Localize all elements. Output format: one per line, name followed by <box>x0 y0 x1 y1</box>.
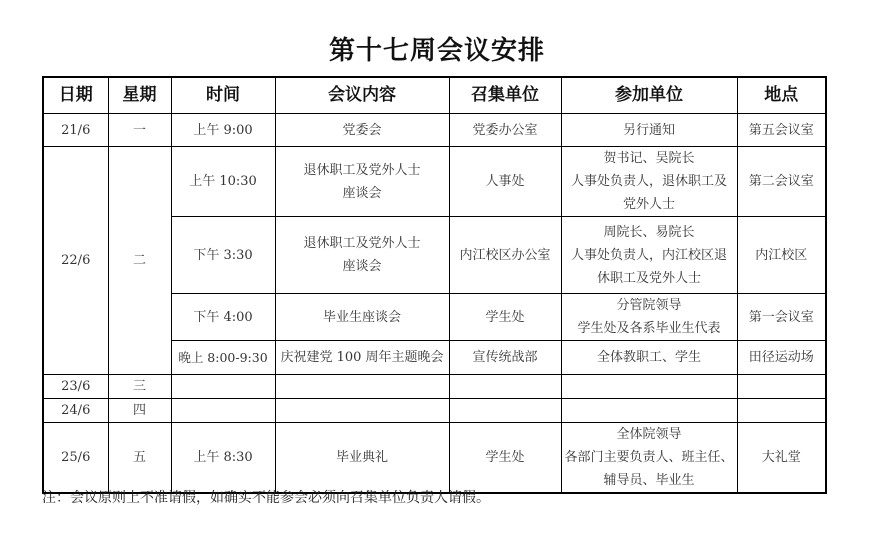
table-row: 25/6 五 上午 8:30 毕业典礼 学生处 全体院领导各部门主要负责人、班主… <box>43 423 826 494</box>
cell-location <box>737 399 826 423</box>
cell-convener: 学生处 <box>449 423 561 494</box>
cell-time: 下午 4:00 <box>171 294 275 341</box>
table-row: 22/6 二 上午 10:30 退休职工及党外人士座谈会 人事处 贺书记、吴院长… <box>43 147 826 217</box>
cell-location <box>737 375 826 399</box>
cell-time: 上午 9:00 <box>171 114 275 147</box>
cell-time: 晚上 8:00-9:30 <box>171 341 275 375</box>
cell-location: 第五会议室 <box>737 114 826 147</box>
cell-weekday: 五 <box>108 423 171 494</box>
cell-location: 第一会议室 <box>737 294 826 341</box>
cell-content: 毕业生座谈会 <box>275 294 449 341</box>
cell-location: 大礼堂 <box>737 423 826 494</box>
cell-weekday: 一 <box>108 114 171 147</box>
cell-participants: 全体教职工、学生 <box>561 341 737 375</box>
cell-content <box>275 399 449 423</box>
page-title: 第十七周会议安排 <box>0 30 874 67</box>
cell-date: 24/6 <box>43 399 108 423</box>
cell-participants: 分管院领导学生处及各系毕业生代表 <box>561 294 737 341</box>
cell-location: 第二会议室 <box>737 147 826 217</box>
cell-convener: 内江校区办公室 <box>449 217 561 294</box>
cell-weekday: 二 <box>108 147 171 375</box>
table-row: 21/6 一 上午 9:00 党委会 党委办公室 另行通知 第五会议室 <box>43 114 826 147</box>
cell-participants: 另行通知 <box>561 114 737 147</box>
cell-time: 上午 10:30 <box>171 147 275 217</box>
cell-content: 毕业典礼 <box>275 423 449 494</box>
cell-date: 21/6 <box>43 114 108 147</box>
cell-date: 23/6 <box>43 375 108 399</box>
cell-time <box>171 399 275 423</box>
cell-convener <box>449 399 561 423</box>
cell-content: 庆祝建党 100 周年主题晚会 <box>275 341 449 375</box>
cell-content: 退休职工及党外人士座谈会 <box>275 147 449 217</box>
cell-convener: 宣传统战部 <box>449 341 561 375</box>
table-header-row: 日期 星期 时间 会议内容 召集单位 参加单位 地点 <box>43 77 826 114</box>
cell-participants <box>561 375 737 399</box>
cell-participants: 全体院领导各部门主要负责人、班主任、辅导员、毕业生 <box>561 423 737 494</box>
cell-convener: 学生处 <box>449 294 561 341</box>
header-location: 地点 <box>737 77 826 114</box>
cell-participants <box>561 399 737 423</box>
header-time: 时间 <box>171 77 275 114</box>
cell-time <box>171 375 275 399</box>
cell-convener: 党委办公室 <box>449 114 561 147</box>
cell-convener <box>449 375 561 399</box>
header-weekday: 星期 <box>108 77 171 114</box>
cell-date: 25/6 <box>43 423 108 494</box>
cell-participants: 周院长、易院长人事处负责人，内江校区退休职工及党外人士 <box>561 217 737 294</box>
cell-participants: 贺书记、吴院长人事处负责人，退休职工及党外人士 <box>561 147 737 217</box>
cell-time: 下午 3:30 <box>171 217 275 294</box>
cell-date: 22/6 <box>43 147 108 375</box>
cell-content: 退休职工及党外人士座谈会 <box>275 217 449 294</box>
cell-time: 上午 8:30 <box>171 423 275 494</box>
cell-content: 党委会 <box>275 114 449 147</box>
meeting-schedule-table: 日期 星期 时间 会议内容 召集单位 参加单位 地点 21/6 一 上午 9:0… <box>42 76 827 494</box>
cell-location: 内江校区 <box>737 217 826 294</box>
cell-convener: 人事处 <box>449 147 561 217</box>
header-content: 会议内容 <box>275 77 449 114</box>
cell-weekday: 四 <box>108 399 171 423</box>
header-convener: 召集单位 <box>449 77 561 114</box>
cell-content <box>275 375 449 399</box>
footnote: 注：会议原则上不准请假，如确实不能参会必须向召集单位负责人请假。 <box>42 487 490 507</box>
header-participants: 参加单位 <box>561 77 737 114</box>
table-row: 24/6 四 <box>43 399 826 423</box>
cell-weekday: 三 <box>108 375 171 399</box>
table-row: 23/6 三 <box>43 375 826 399</box>
cell-location: 田径运动场 <box>737 341 826 375</box>
header-date: 日期 <box>43 77 108 114</box>
